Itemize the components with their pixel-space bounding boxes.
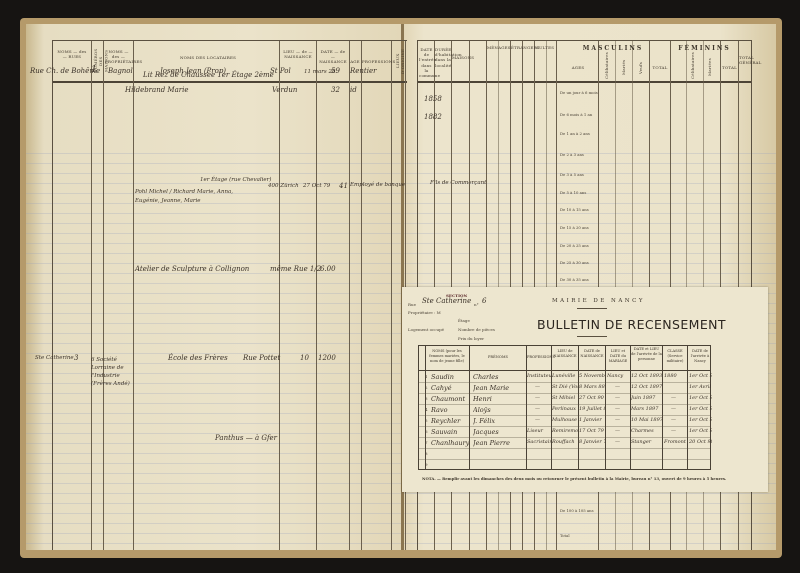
row-number: 4	[425, 407, 428, 412]
age-bracket: De 30 à 35 ans	[560, 277, 589, 282]
cell-lieu: St Mihiel	[552, 395, 578, 401]
divider	[577, 308, 607, 309]
cell-nom: Reychler	[431, 417, 469, 425]
cell-classe: —	[671, 406, 687, 412]
bulletin-numero-value: 6	[482, 297, 486, 305]
row-number: 3	[425, 396, 428, 401]
bulletin-rue-value: Ste Catherine	[422, 297, 471, 305]
cell-nancy: 1er Avril 98	[689, 384, 712, 390]
column-divider	[133, 41, 134, 550]
entry-locataire: Pohl Michel / Richard Marie, Anna, Eugén…	[135, 188, 255, 206]
cell-lieu: Lunéville	[552, 373, 578, 379]
cell-nom: Ravo	[431, 406, 469, 414]
cell-classe: Fromont	[664, 439, 687, 445]
cell-mariage: Nancy	[607, 373, 630, 379]
cell-arrivee: Stanger	[631, 439, 662, 445]
cell-prenom: Charles	[473, 373, 525, 381]
col-arrivee-nancy: DATE de l'arrivée à Nancy	[688, 349, 712, 364]
header-total-general: TOTAL GÉNÉRAL	[739, 55, 753, 65]
table-row: 7 Chanlhaury Jean Pierre Sacristain Rouf…	[419, 438, 710, 449]
cell-classe: —	[671, 428, 687, 434]
row-number: 6	[425, 429, 428, 434]
entry-profession: Rentier	[350, 67, 376, 75]
entry-proprietaire: 6 Société Lorraine de l'Industrie (Frère…	[91, 356, 136, 388]
cell-prenom: J. Félix	[473, 417, 525, 425]
cell-nancy: 1er Oct 96	[689, 373, 712, 379]
entry-lieu: 400 Zürich	[268, 183, 299, 189]
cell-arrivee: Charmes	[631, 428, 662, 434]
entry-date: 10	[300, 354, 309, 362]
cell-arrivee: 10 Mai 1897	[631, 417, 662, 423]
header-etrangers: ÉTRANGERS	[511, 45, 534, 50]
cell-profession: Liseur	[527, 428, 551, 434]
table-row: 2 Cahyé Jean Marie — St Dié (Vosges) 8 M…	[419, 383, 710, 394]
header-feminins: FÉMININS	[671, 45, 738, 53]
entry-age: 41	[339, 182, 348, 190]
header-rule	[418, 81, 751, 83]
cell-mariage: —	[615, 428, 630, 434]
cell-profession: —	[535, 417, 551, 423]
cell-arrivee: Juin 1897	[631, 395, 662, 401]
entry-lieu: même Rue 1/2	[270, 265, 321, 273]
bulletin-table: NOMS (pour les femmes mariées, le nom de…	[418, 345, 711, 470]
entry-rue: Rue Ch. de Bohême	[30, 67, 100, 75]
header-lieu: LIEU — de — NAISSANCE	[281, 49, 315, 59]
col-noms: NOMS (pour les femmes mariées, le nom de…	[427, 349, 467, 364]
age-bracket: De 10 à 15 ans	[560, 207, 589, 212]
cell-profession: —	[535, 406, 551, 412]
header-noms-rues: NOMS — des — RUES	[57, 49, 87, 59]
cell-prenom: Jean Marie	[473, 384, 525, 392]
cell-nancy: 1er Oct 98	[689, 428, 712, 434]
cell-classe: —	[671, 395, 687, 401]
bulletin-logement-label: Logement occupé	[408, 327, 444, 332]
bulletin-de-recensement: SECTION Rue Ste Catherine n° 6 Propriéta…	[402, 287, 768, 492]
cell-lieu: St Dié (Vosges)	[552, 384, 578, 390]
cell-lieu: Mulhouse	[552, 417, 578, 423]
col-classe: CLASSE (Service militaire)	[663, 349, 687, 364]
age-bracket: De 6 mois à 1 an	[560, 112, 592, 117]
cell-date: 5 Novembre	[579, 373, 605, 379]
bulletin-loyer-label: Prix du loyer	[458, 336, 484, 341]
bulletin-proprietaire-label: Propriétaire : M	[408, 310, 441, 315]
row-number: 9	[425, 462, 428, 467]
cell-profession: Sacristain	[527, 439, 551, 445]
entry-lieu: Rue Pottet	[243, 354, 280, 362]
cell-nom: Sauvain	[431, 428, 469, 436]
cell-mariage: —	[615, 384, 630, 390]
cell-date: 19 Juillet 80	[579, 406, 605, 412]
row-number: 5	[425, 418, 428, 423]
column-divider	[279, 41, 280, 550]
header-celibataires-f: Célibataires	[690, 55, 695, 79]
col-mariage: LIEU et DATE du MARIAGE	[606, 349, 630, 364]
entry-profession: id	[350, 86, 357, 94]
age-bracket: De 100 à 105 ans	[560, 508, 594, 513]
mairie-heading: MAIRIE DE NANCY	[552, 298, 645, 304]
header-rule	[419, 370, 710, 371]
age-bracket: De 20 à 25 ans	[560, 243, 589, 248]
age-bracket: De 2 à 3 ans	[560, 152, 584, 157]
cell-prenom: Aloÿs	[473, 406, 525, 414]
header-total-f: TOTAL	[721, 65, 738, 70]
column-divider	[91, 41, 92, 550]
cell-classe: 1880	[664, 373, 687, 379]
cell-arrivee: 12 Oct 1897	[631, 384, 662, 390]
col-professions: PROFESSIONS	[527, 355, 551, 360]
header-professions: PROFESSIONS	[362, 59, 391, 64]
right-entry-year: 1882	[424, 113, 442, 121]
header-mariees-f: Mariées	[707, 57, 712, 77]
header-veufs: Veufs	[638, 59, 643, 77]
header-date-entree: DATE de l'entrée dans la commune	[419, 47, 434, 78]
age-bracket: De 5 à 10 ans	[560, 190, 586, 195]
cell-date: 27 Oct 90	[579, 395, 605, 401]
header-locataires: NOMS DES LOCATAIRES	[153, 55, 263, 60]
entry-rue: Ste Catherine	[35, 355, 74, 361]
entry-lieu: St Pol	[270, 67, 291, 75]
entry-lieu: Verdun	[272, 86, 297, 94]
row-number: 2	[425, 385, 428, 390]
column-divider	[349, 41, 350, 550]
header-maries: Mariés	[621, 57, 626, 77]
bulletin-numero-label: n°	[474, 302, 479, 307]
col-arrivee: DATE et LIEU de l'arrivée de la personne	[631, 347, 662, 362]
cell-date: 17 Oct 79	[579, 428, 605, 434]
cell-mariage: —	[615, 395, 630, 401]
entry-locataire: Atelier de Sculpture à Collignon	[135, 265, 249, 273]
bulletin-rue-label: Rue	[408, 302, 416, 307]
header-rule	[53, 81, 407, 83]
column-divider	[361, 41, 362, 550]
column-divider	[103, 41, 104, 550]
col-date-naissance: DATE de NAISSANCE	[579, 349, 605, 359]
cell-lieu: Rouffach	[552, 439, 578, 445]
entry-age: 32	[331, 86, 340, 94]
bulletin-pieces-label: Nombre de pièces	[458, 327, 495, 332]
table-row: 8	[419, 449, 710, 460]
entry-numero: 1	[91, 65, 97, 75]
table-row: 1 Saudin Charles Instituteur Lunéville 5…	[419, 372, 710, 383]
cell-date: 1 Janvier	[579, 417, 605, 423]
age-bracket: Total	[560, 533, 570, 538]
cell-arrivee: Mars 1897	[631, 406, 662, 412]
entry-age: 59	[331, 67, 340, 75]
cell-nancy: 1er Oct 98	[689, 417, 712, 423]
cell-arrivee: 12 Oct 1893	[631, 373, 662, 379]
entry-date: 27 Oct 79	[303, 183, 330, 189]
header-maisons: MAISONS	[452, 55, 469, 60]
row-number: 8	[425, 451, 428, 456]
header-cultes: CULTES	[535, 45, 555, 50]
header-date: DATE — de — NAISSANCE	[318, 49, 348, 65]
cell-lieu: Remiremont	[552, 428, 578, 434]
entry-numero: 3	[74, 354, 78, 362]
cell-lieu: Perlinaux	[552, 406, 578, 412]
cell-profession: Instituteur	[527, 373, 551, 379]
cell-mariage: —	[615, 417, 630, 423]
cell-nom: Chaumont	[431, 395, 469, 403]
entry-profession: 1200	[318, 354, 336, 362]
header-total-m: TOTAL	[650, 65, 670, 70]
cell-classe: —	[671, 417, 687, 423]
bulletin-note: NOTA. — Remplir avant les dimanches des …	[422, 476, 726, 481]
cell-mariage: —	[615, 406, 630, 412]
entry-profession: 6.00	[320, 265, 336, 273]
age-bracket: De 3 à 5 ans	[560, 172, 584, 177]
cell-nancy: 1er Oct 97	[689, 406, 712, 412]
cell-nancy: 1er Oct 97	[689, 395, 712, 401]
entry-locataire: Panthus — à Gfer	[215, 434, 277, 442]
right-entry-year: 1858	[424, 95, 442, 103]
header-observations: LIEUX D'ORIGINE	[395, 45, 405, 77]
age-bracket: De 15 à 20 ans	[560, 225, 589, 230]
table-row: 9	[419, 460, 710, 471]
col-prenoms: PRÉNOMS	[471, 355, 525, 360]
row-number: 7	[425, 440, 428, 445]
table-row: 4 Ravo Aloÿs — Perlinaux 19 Juillet 80 —…	[419, 405, 710, 416]
cell-prenom: Jacques	[473, 428, 525, 436]
entry-locataire: Joseph Jean (Prop)	[160, 67, 226, 75]
bulletin-etage-label: Étage	[458, 318, 470, 323]
header-duree: DURÉE d'habitation dans la localité	[435, 47, 451, 68]
left-register-grid: NOMS — des — RUES NUMÉROS DES MAISONS NO…	[52, 40, 407, 550]
column-divider	[316, 41, 317, 550]
entry-etage: 1er Étage (rue Chevalier)	[200, 177, 271, 183]
table-row: 6 Sauvain Jacques Liseur Remiremont 17 O…	[419, 427, 710, 438]
cell-nancy: 20 Oct 98	[689, 439, 712, 445]
cell-prenom: Jean Pierre	[473, 439, 525, 447]
table-row: 3 Chaumont Henri — St Mihiel 27 Oct 90 —…	[419, 394, 710, 405]
cell-nom: Chanlhaury	[431, 439, 469, 447]
header-celibataires: Célibataires	[604, 55, 609, 79]
row-number: 1	[425, 374, 428, 379]
header-menages: MÉNAGES	[487, 45, 510, 50]
col-lieu-naissance: LIEU de NAISSANCE	[552, 349, 578, 359]
cell-profession: —	[535, 384, 551, 390]
header-proprietaires: NOMS — des — PROPRIÉTAIRES	[105, 49, 132, 65]
header-ages: AGES	[558, 65, 598, 70]
header-masculins: MASCULINS	[558, 45, 668, 53]
age-bracket: De 1 an à 2 ans	[560, 131, 590, 136]
header-age: AGE	[349, 59, 361, 64]
cell-profession: —	[535, 395, 551, 401]
age-bracket: De 25 à 30 ans	[560, 260, 589, 265]
entry-locataire: École des Frères	[168, 354, 228, 362]
cell-prenom: Henri	[473, 395, 525, 403]
column-divider	[391, 41, 392, 550]
cell-date: 8 Mars 88	[579, 384, 605, 390]
entry-proprietaire: Bagnol	[108, 67, 133, 75]
divider	[577, 336, 607, 337]
entry-locataire: Hildebrand Marie	[125, 86, 189, 94]
cell-date: 8 Janvier 70	[579, 439, 605, 445]
age-bracket: De un jour à 6 mois	[560, 90, 598, 95]
table-row: 5 Reychler J. Félix — Mulhouse 1 Janvier…	[419, 416, 710, 427]
cell-mariage: —	[615, 439, 630, 445]
entry-profession: Employé de banque	[350, 182, 405, 188]
bulletin-title: BULLETIN DE RECENSEMENT	[537, 317, 726, 332]
cell-nom: Saudin	[431, 373, 469, 381]
cell-nom: Cahyé	[431, 384, 469, 392]
